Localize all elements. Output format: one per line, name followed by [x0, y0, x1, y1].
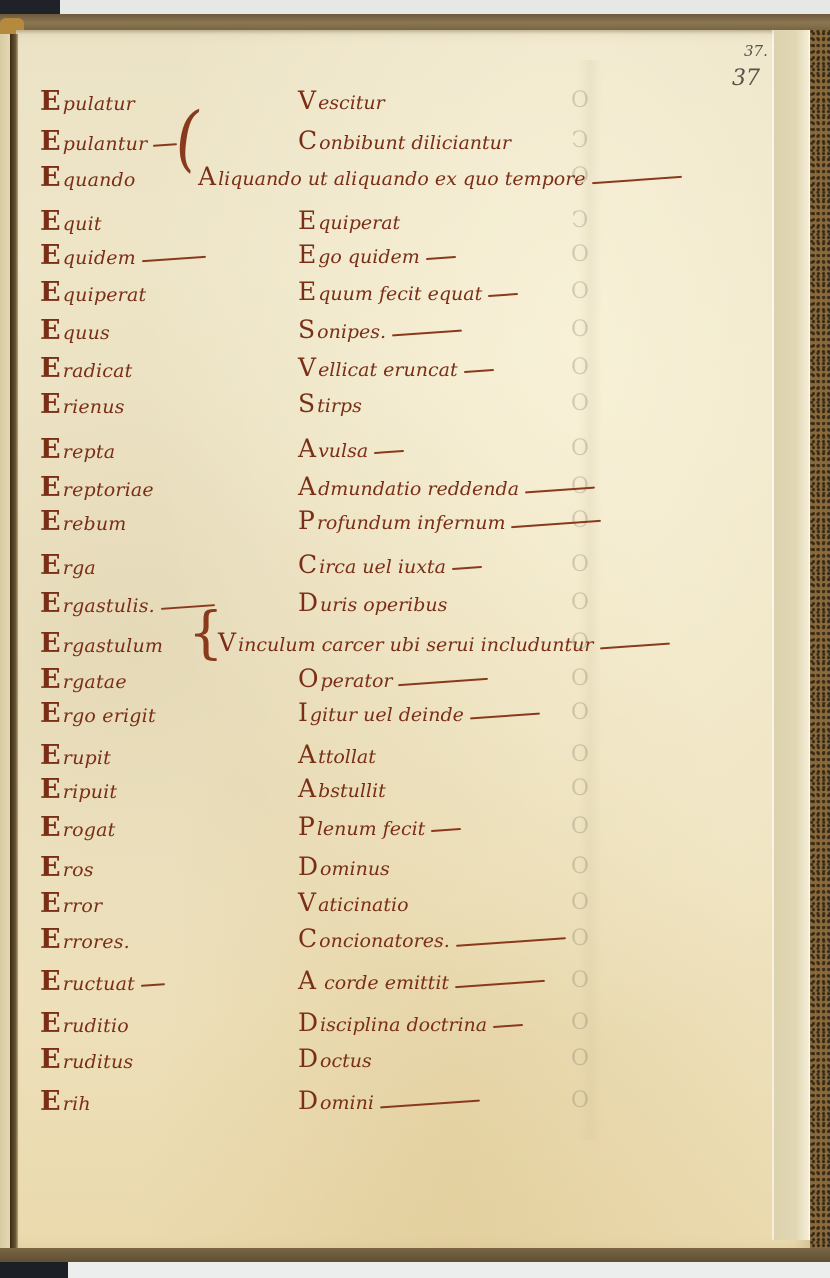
initial-letter: V — [298, 353, 316, 382]
initial-letter: O — [298, 664, 319, 693]
line-flourish — [426, 256, 456, 260]
initial-letter: E — [40, 240, 61, 271]
initial-letter: D — [298, 1008, 318, 1037]
glossary-lemma: Ergo erigit — [40, 698, 156, 729]
glossary-gloss: Domini — [298, 1086, 480, 1115]
show-through-letter: O — [560, 391, 600, 416]
lemma-text: rrores. — [63, 931, 130, 953]
glossary-gloss: Circa uel iuxta — [298, 550, 482, 579]
show-through-letter: O — [560, 317, 600, 342]
glossary-gloss: Doctus — [298, 1044, 372, 1073]
glossary-lemma: Erogat — [40, 812, 115, 843]
initial-letter: E — [298, 277, 316, 306]
line-flourish — [470, 713, 540, 720]
line-flourish — [141, 983, 165, 987]
lemma-text: quidem — [63, 247, 136, 269]
show-through-letter: O — [560, 436, 600, 461]
gloss-text: go quidem — [318, 246, 420, 268]
line-flourish — [493, 1024, 523, 1028]
folio-number-lower: 37 — [732, 66, 760, 91]
glossary-gloss: Equum fecit equat — [298, 277, 518, 306]
glossary-gloss: Ego quidem — [298, 240, 456, 269]
show-through-letter: O — [560, 926, 600, 951]
gloss-text: uris operibus — [320, 594, 447, 616]
glossary-gloss: Vellicat eruncat — [298, 353, 494, 382]
initial-letter: E — [40, 86, 61, 117]
lemma-text: ripuit — [63, 781, 117, 803]
gloss-text: inculum carcer ubi serui includuntur — [238, 634, 593, 656]
gloss-text: corde emittit — [318, 972, 449, 994]
glossary-lemma: Erih — [40, 1086, 91, 1117]
glossary-gloss: Conbibunt diliciantur — [298, 126, 511, 155]
glossary-lemma: Erienus — [40, 389, 125, 420]
glossary-lemma: Eripuit — [40, 774, 117, 805]
show-through-letter: O — [560, 590, 600, 615]
line-flourish — [431, 828, 461, 832]
initial-letter: S — [298, 315, 315, 344]
lemma-text: quando — [63, 169, 136, 191]
glossary-gloss: Vinculum carcer ubi serui includuntur — [218, 628, 670, 657]
gloss-text: isciplina doctrina — [320, 1014, 487, 1036]
initial-letter: I — [298, 698, 308, 727]
initial-letter: E — [40, 506, 61, 537]
glossary-lemma: Ergastulum — [40, 628, 163, 659]
lemma-text: quit — [63, 213, 102, 235]
lemma-text: quus — [63, 322, 110, 344]
initial-letter: D — [298, 588, 318, 617]
line-flourish — [392, 330, 462, 337]
lemma-text: rgastulis. — [63, 595, 155, 617]
glossary-gloss: Vaticinatio — [298, 888, 409, 917]
glossary-lemma: Equus — [40, 315, 110, 346]
initial-letter: D — [298, 852, 318, 881]
lemma-text: quiperat — [63, 284, 147, 306]
initial-letter: E — [40, 389, 61, 420]
lemma-text: radicat — [63, 360, 133, 382]
gloss-text: lenum fecit — [317, 818, 425, 840]
initial-letter: E — [40, 315, 61, 346]
initial-letter: E — [40, 812, 61, 843]
gloss-text: onbibunt diliciantur — [319, 132, 511, 154]
gloss-text: quiperat — [318, 212, 400, 234]
glossary-lemma: Erga — [40, 550, 96, 581]
initial-letter: D — [298, 1044, 318, 1073]
lemma-text: pulantur — [63, 133, 148, 155]
glossary-lemma: Erebum — [40, 506, 127, 537]
show-through-letter: O — [560, 890, 600, 915]
initial-letter: A — [298, 740, 316, 769]
gloss-text: onipes. — [317, 321, 386, 343]
lemma-text: rupit — [63, 747, 111, 769]
gloss-text: ominus — [320, 858, 390, 880]
glossary-lemma: Epulatur — [40, 86, 135, 117]
gloss-text: oncionatores. — [319, 930, 450, 952]
gloss-text: ellicat eruncat — [318, 359, 458, 381]
initial-letter: E — [40, 852, 61, 883]
line-flourish — [464, 369, 494, 373]
glossary-gloss: Profundum infernum — [298, 506, 601, 535]
glossary-lemma: Eruditio — [40, 1008, 129, 1039]
initial-letter: A — [298, 774, 316, 803]
line-flourish — [456, 937, 566, 947]
folio-outer-margin — [774, 30, 810, 1240]
initial-letter: E — [40, 353, 61, 384]
lemma-text: rgastulum — [63, 635, 163, 657]
lemma-text: rror — [63, 895, 103, 917]
lemma-text: rienus — [63, 396, 125, 418]
binding-board-right — [810, 30, 830, 1260]
show-through-letter: O — [560, 854, 600, 879]
glossary-gloss: Avulsa — [298, 434, 404, 463]
initial-letter: E — [40, 628, 61, 659]
glossary-gloss: Disciplina doctrina — [298, 1008, 523, 1037]
folio-number-upper: 37. — [744, 42, 768, 60]
glossary-gloss: Attollat — [298, 740, 376, 769]
initial-letter: E — [40, 740, 61, 771]
initial-letter: E — [40, 1086, 61, 1117]
initial-letter: E — [40, 698, 61, 729]
show-through-letter: O — [560, 776, 600, 801]
glossary-lemma: Equiperat — [40, 277, 146, 308]
lemma-text: rogat — [63, 819, 116, 841]
initial-letter: E — [40, 550, 61, 581]
glossary-gloss: A corde emittit — [298, 966, 545, 995]
line-flourish — [380, 1100, 480, 1109]
initial-letter: P — [298, 812, 315, 841]
glossary-gloss: Operator — [298, 664, 488, 693]
gloss-text: ttollat — [318, 746, 376, 768]
initial-letter: A — [298, 434, 316, 463]
initial-letter: A — [298, 966, 316, 995]
initial-letter: E — [40, 774, 61, 805]
glossary-gloss: Concionatores. — [298, 924, 566, 953]
gloss-text: dmundatio reddenda — [318, 478, 519, 500]
lemma-text: repta — [63, 441, 115, 463]
backdrop-bottom — [68, 1262, 830, 1278]
lemma-text: pulatur — [63, 93, 135, 115]
gloss-text: aticinatio — [318, 894, 408, 916]
gloss-text: tirps — [317, 395, 362, 417]
show-through-letter: O — [560, 1088, 600, 1113]
gloss-text: irca uel iuxta — [319, 556, 446, 578]
lemma-text: reptoriae — [63, 479, 154, 501]
glossary-lemma: Error — [40, 888, 102, 919]
glossary-lemma: Eructuat — [40, 966, 165, 997]
initial-letter: V — [298, 86, 316, 115]
glossary-lemma: Equando — [40, 162, 136, 193]
glossary-lemma: Eros — [40, 852, 94, 883]
show-through-letter: O — [560, 242, 600, 267]
lemma-text: rebum — [63, 513, 127, 535]
show-through-letter: C — [560, 208, 600, 233]
show-through-letter: O — [560, 968, 600, 993]
glossary-lemma: Errores. — [40, 924, 130, 955]
glossary-gloss: Igitur uel deinde — [298, 698, 540, 727]
gloss-text: liquando ut aliquando ex quo tempore — [218, 168, 585, 190]
line-flourish — [512, 520, 602, 528]
backdrop-bottom-left — [0, 1262, 68, 1278]
binding-gutter — [10, 34, 18, 1256]
lemma-text: ros — [63, 859, 94, 881]
initial-letter: D — [298, 1086, 318, 1115]
glossary-lemma: Eradicat — [40, 353, 132, 384]
glossary-lemma: Ereptoriae — [40, 472, 154, 503]
lemma-text: ruditio — [63, 1015, 129, 1037]
glossary-lemma: Equit — [40, 206, 102, 237]
folio-fold-line — [772, 30, 774, 1240]
initial-letter: E — [298, 240, 316, 269]
initial-letter: E — [40, 126, 61, 157]
gloss-text: octus — [320, 1050, 372, 1072]
glossary-gloss: Abstullit — [298, 774, 386, 803]
line-flourish — [600, 643, 670, 650]
glossary-lemma: Eruditus — [40, 1044, 133, 1075]
initial-letter: E — [40, 277, 61, 308]
glossary-gloss: Equiperat — [298, 206, 400, 235]
glossary-lemma: Epulantur — [40, 126, 177, 157]
glossary-gloss: Duris operibus — [298, 588, 447, 617]
line-flourish — [374, 450, 404, 454]
show-through-letter: O — [560, 742, 600, 767]
initial-letter: E — [40, 888, 61, 919]
initial-letter: V — [298, 888, 316, 917]
lemma-text: rgatae — [63, 671, 127, 693]
gloss-text: vulsa — [318, 440, 368, 462]
show-through-letter: O — [560, 814, 600, 839]
initial-letter: E — [40, 1044, 61, 1075]
lemma-text: rih — [63, 1093, 91, 1115]
initial-letter: C — [298, 924, 317, 953]
initial-letter: A — [298, 472, 316, 501]
lemma-text: ructuat — [63, 973, 135, 995]
initial-letter: E — [298, 206, 316, 235]
show-through-letter: O — [560, 666, 600, 691]
glossary-gloss: Sonipes. — [298, 315, 462, 344]
glossary-lemma: Equidem — [40, 240, 206, 271]
glossary-gloss: Dominus — [298, 852, 390, 881]
initial-letter: E — [40, 472, 61, 503]
initial-letter: E — [40, 1008, 61, 1039]
show-through-letter: O — [560, 700, 600, 725]
glossary-gloss: Admundatio reddenda — [298, 472, 595, 501]
gloss-text: gitur uel deinde — [310, 704, 464, 726]
glossary-gloss: Aliquando ut aliquando ex quo tempore — [198, 162, 682, 191]
show-through-letter: O — [560, 355, 600, 380]
show-through-letter: O — [560, 1010, 600, 1035]
glossary-gloss: Vescitur — [298, 86, 385, 115]
glossary-lemma: Ergatae — [40, 664, 127, 695]
initial-letter: S — [298, 389, 315, 418]
show-through-letter: C — [560, 128, 600, 153]
gloss-text: quum fecit equat — [318, 283, 482, 305]
initial-letter: E — [40, 966, 61, 997]
show-through-letter: O — [560, 1046, 600, 1071]
glossary-lemma: Erepta — [40, 434, 115, 465]
gloss-text: omini — [320, 1092, 374, 1114]
gloss-text: escitur — [318, 92, 385, 114]
initial-letter: E — [40, 162, 61, 193]
initial-letter: C — [298, 550, 317, 579]
line-flourish — [452, 566, 482, 570]
lemma-text: rga — [63, 557, 96, 579]
show-through-letter: O — [560, 279, 600, 304]
brace-mark: { — [188, 606, 224, 662]
line-flourish — [399, 678, 489, 686]
initial-letter: E — [40, 924, 61, 955]
initial-letter: P — [298, 506, 315, 535]
initial-letter: A — [198, 162, 216, 191]
glossary-lemma: Erupit — [40, 740, 111, 771]
gloss-text: perator — [321, 670, 393, 692]
glossary-gloss: Stirps — [298, 389, 362, 418]
lemma-text: ruditus — [63, 1051, 134, 1073]
show-through-letter: O — [560, 88, 600, 113]
glossary-gloss: Plenum fecit — [298, 812, 461, 841]
initial-letter: E — [40, 434, 61, 465]
initial-letter: E — [40, 664, 61, 695]
line-flourish — [488, 293, 518, 297]
line-flourish — [142, 256, 206, 262]
line-flourish — [455, 980, 545, 988]
line-flourish — [592, 176, 682, 184]
lemma-text: rgo erigit — [63, 705, 156, 727]
gloss-text: rofundum infernum — [317, 512, 506, 534]
initial-letter: E — [40, 206, 61, 237]
initial-letter: E — [40, 588, 61, 619]
line-flourish — [525, 487, 595, 494]
gloss-text: bstullit — [318, 780, 386, 802]
initial-letter: C — [298, 126, 317, 155]
show-through-letter: O — [560, 552, 600, 577]
